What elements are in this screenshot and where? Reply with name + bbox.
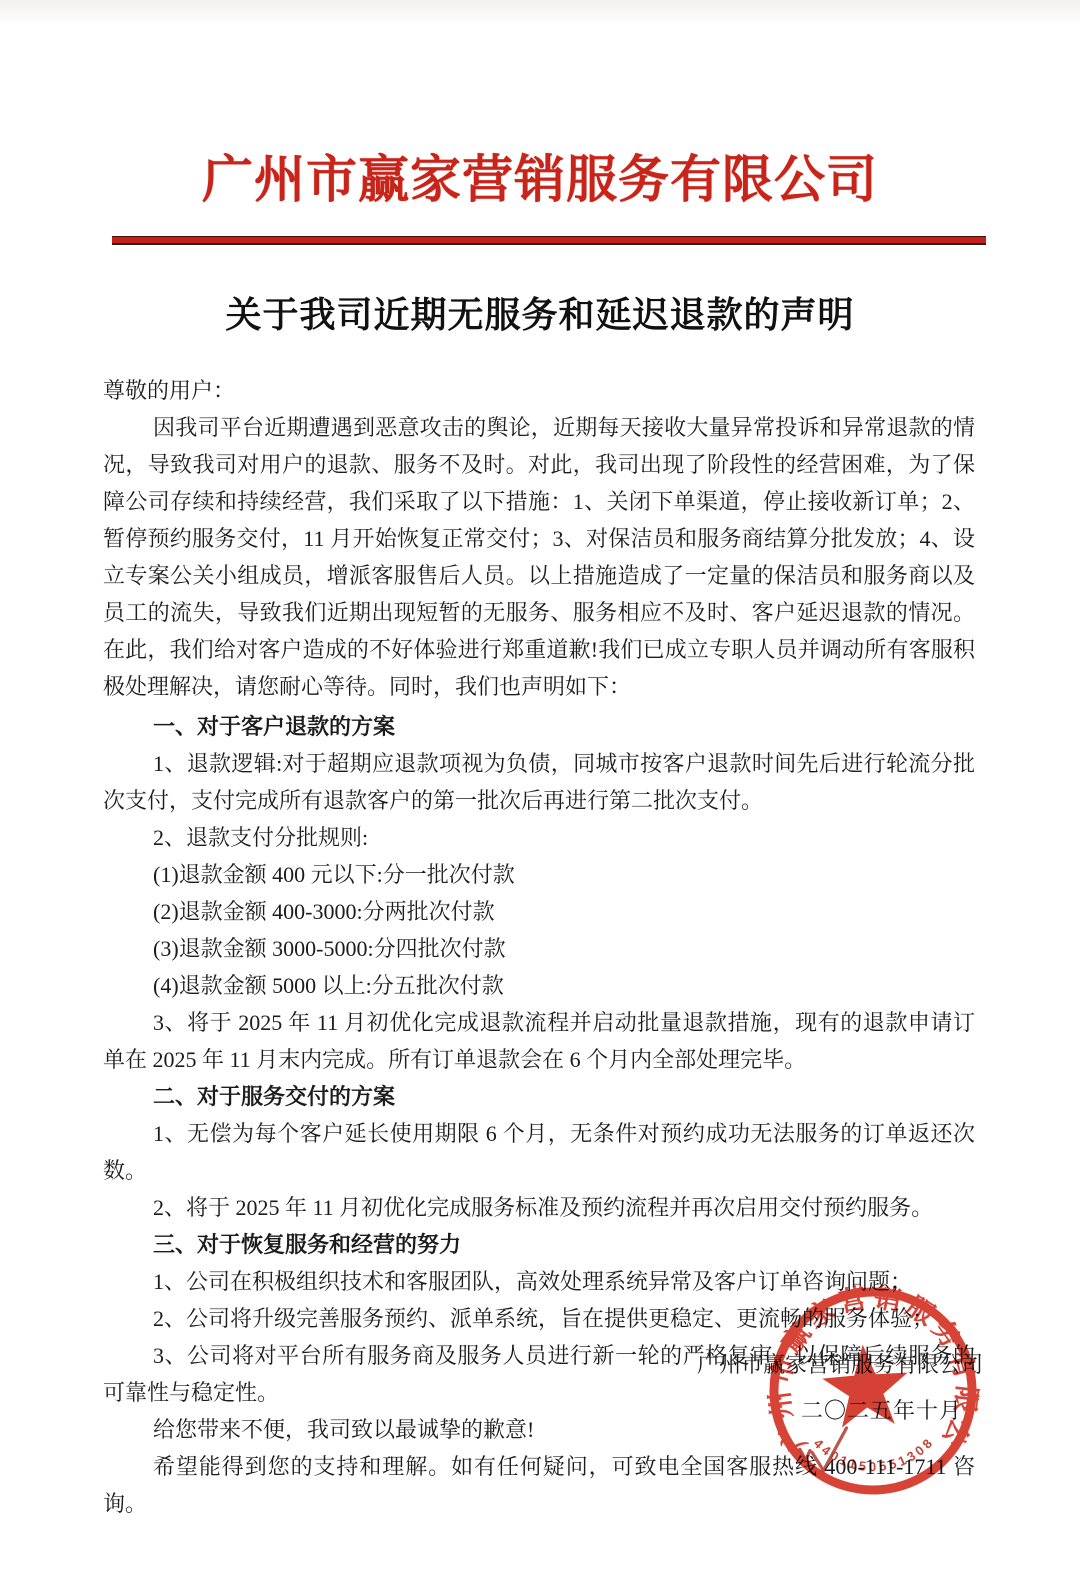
letterhead-divider — [112, 236, 986, 245]
document-title: 关于我司近期无服务和延迟退款的声明 — [0, 292, 1080, 338]
seal-star-icon — [820, 1342, 911, 1429]
service-item-2: 2、将于 2025 年 11 月初优化完成服务标准及预约流程并再次启用交付预约服… — [103, 1189, 975, 1226]
seal-code-text: 4401150551308 — [810, 1428, 939, 1479]
refund-batch-rules-label: 2、退款支付分批规则: — [103, 819, 975, 856]
intro-paragraph: 因我司平台近期遭遇到恶意攻击的舆论，近期每天接收大量异常投诉和异常退款的情况，导… — [103, 409, 975, 705]
refund-rule-item-3: (3)退款金额 3000-5000:分四批次付款 — [103, 930, 975, 967]
section-heading-refund-plan: 一、对于客户退款的方案 — [103, 708, 975, 745]
service-item-1: 1、无偿为每个客户延长使用期限 6 个月，无条件对预约成功无法服务的订单返还次数… — [103, 1115, 975, 1189]
refund-rule-item-4: (4)退款金额 5000 以上:分五批次付款 — [103, 967, 975, 1004]
section-heading-recovery-efforts: 三、对于恢复服务和经营的努力 — [103, 1226, 975, 1263]
document-page: 广州市赢家营销服务有限公司 关于我司近期无服务和延迟退款的声明 尊敬的用户： 因… — [0, 0, 1080, 1583]
refund-rule-item-2: (2)退款金额 400-3000:分两批次付款 — [103, 893, 975, 930]
refund-timeline-paragraph: 3、将于 2025 年 11 月初优化完成退款流程并启动批量退款措施，现有的退款… — [103, 1004, 975, 1078]
refund-logic-paragraph: 1、退款逻辑:对于超期应退款项视为负债，同城市按客户退款时间先后进行轮流分批次支… — [103, 745, 975, 819]
section-heading-service-delivery: 二、对于服务交付的方案 — [103, 1078, 975, 1115]
company-letterhead: 广州市赢家营销服务有限公司 — [0, 150, 1080, 212]
refund-rule-item-1: (1)退款金额 400 元以下:分一批次付款 — [103, 856, 975, 893]
salutation: 尊敬的用户： — [103, 372, 975, 409]
company-seal: 广州市赢家营销服务有限公司 4401150551308 — [758, 1276, 988, 1506]
